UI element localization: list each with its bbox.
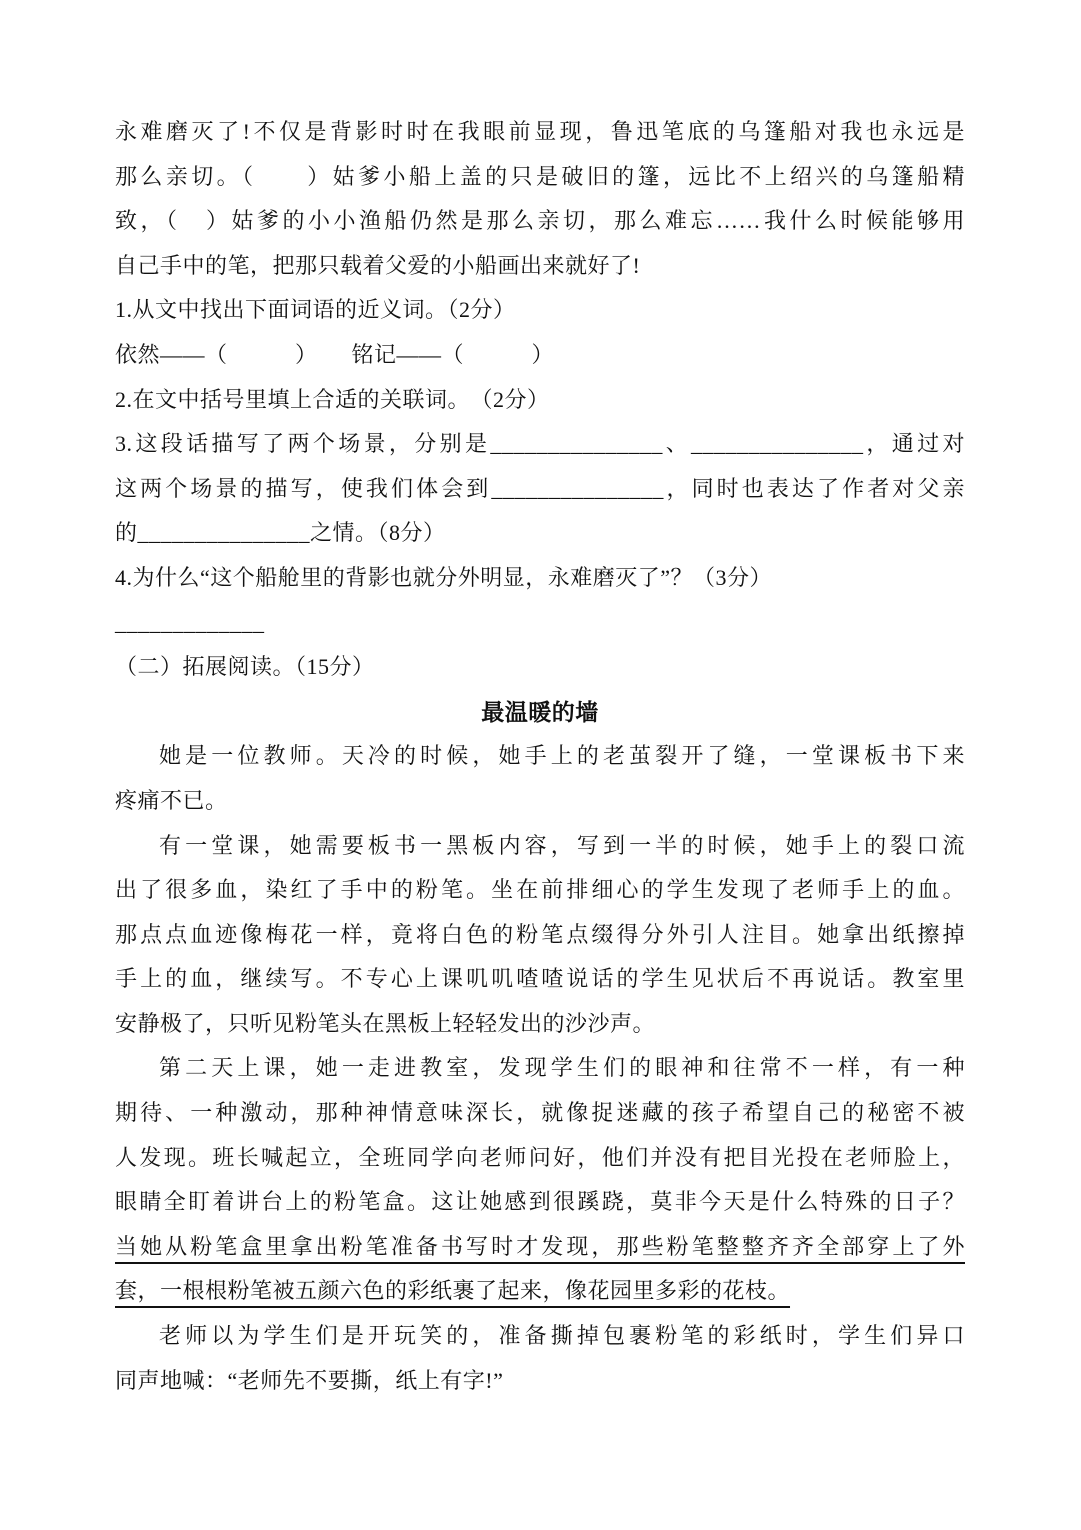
paragraph-4-line-1: 老师以为学生们是开玩笑的，准备撕掉包裹粉笔的彩纸时，学生们异口 <box>115 1314 965 1359</box>
question-1-blanks: 依然——（ ） 铭记——（ ） <box>115 333 965 378</box>
paragraph-3-line-1: 第二天上课，她一走进教室，发现学生们的眼神和往常不一样，有一种 <box>115 1046 965 1091</box>
reading-title: 最温暖的墙 <box>115 690 965 735</box>
paragraph-3-line-6-underlined: 套，一根根粉笔被五颜六色的彩纸裹了起来，像花园里多彩的花枝。 <box>115 1269 965 1314</box>
paragraph-4-line-2: 同声地喊：“老师先不要撕，纸上有字!” <box>115 1359 965 1404</box>
paragraph-2-line-4: 手上的血，继续写。不专心上课叽叽喳喳说话的学生见状后不再说话。教室里 <box>115 957 965 1002</box>
paragraph-1-line-2: 疼痛不已。 <box>115 779 965 824</box>
paragraph-3-line-3: 人发现。班长喊起立，全班同学向老师问好，他们并没有把目光投在老师脸上， <box>115 1136 965 1181</box>
passage-line-3: 致，（ ）姑爹的小小渔船仍然是那么亲切，那么难忘……我什么时候能够用 <box>115 199 965 244</box>
section-2-heading: （二）拓展阅读。（15分） <box>115 645 965 690</box>
passage-line-2: 那么亲切。（ ）姑爹小船上盖的只是破旧的篷，远比不上绍兴的乌篷船精 <box>115 155 965 200</box>
passage-line-4: 自己手中的笔，把那只载着父爱的小船画出来就好了! <box>115 244 965 289</box>
paragraph-2-line-5: 安静极了，只听见粉笔头在黑板上轻轻发出的沙沙声。 <box>115 1002 965 1047</box>
paragraph-2-line-2: 出了很多血，染红了手中的粉笔。坐在前排细心的学生发现了老师手上的血。 <box>115 868 965 913</box>
question-3-line-1: 3.这段话描写了两个场景，分别是_______________、________… <box>115 422 965 467</box>
exam-text-block: 永难磨灭了!不仅是背影时时在我眼前显现，鲁迅笔底的乌篷船对我也永远是那么亲切。（… <box>115 110 965 1403</box>
question-2: 2.在文中括号里填上合适的关联词。 （2分） <box>115 378 965 423</box>
paragraph-3-line-4: 眼睛全盯着讲台上的粉笔盒。这让她感到很蹊跷，莫非今天是什么特殊的日子？ <box>115 1180 965 1225</box>
question-4-answer-blank: _____________ <box>115 601 965 646</box>
question-3-line-2: 这两个场景的描写，使我们体会到_______________，同时也表达了作者对… <box>115 467 965 512</box>
question-1: 1.从文中找出下面词语的近义词。（2分） <box>115 288 965 333</box>
passage-line-1: 永难磨灭了!不仅是背影时时在我眼前显现，鲁迅笔底的乌篷船对我也永远是 <box>115 110 965 155</box>
paragraph-2-line-3: 那点点血迹像梅花一样，竟将白色的粉笔点缀得分外引人注目。她拿出纸擦掉 <box>115 913 965 958</box>
question-3-line-3: 的_______________之情。（8分） <box>115 511 965 556</box>
paragraph-1-line-1: 她是一位教师。天冷的时候，她手上的老茧裂开了缝，一堂课板书下来 <box>115 734 965 779</box>
paragraph-3-line-5-underlined: 当她从粉笔盒里拿出粉笔准备书写时才发现，那些粉笔整整齐齐全部穿上了外 <box>115 1225 965 1270</box>
paragraph-2-line-1: 有一堂课，她需要板书一黑板内容，写到一半的时候，她手上的裂口流 <box>115 824 965 869</box>
paragraph-3-line-2: 期待、一种激动，那种神情意味深长，就像捉迷藏的孩子希望自己的秘密不被 <box>115 1091 965 1136</box>
question-4: 4.为什么“这个船舱里的背影也就分外明显，永难磨灭了”？（3分） <box>115 556 965 601</box>
exam-page: 永难磨灭了!不仅是背影时时在我眼前显现，鲁迅笔底的乌篷船对我也永远是那么亲切。（… <box>0 0 1081 1530</box>
